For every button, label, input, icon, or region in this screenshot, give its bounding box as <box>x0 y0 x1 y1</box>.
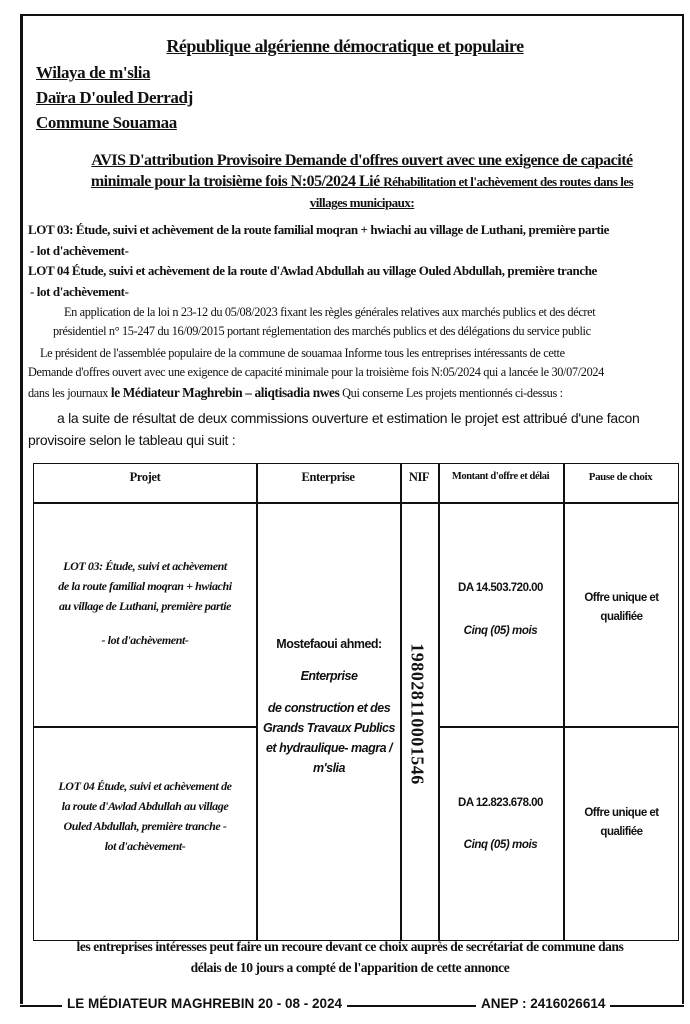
daira-label: Daïra D'ouled Derradj <box>36 88 193 108</box>
application-line-1: En application de la loi n 23-12 du 05/0… <box>64 305 595 320</box>
wilaya-label: Wilaya de m'slia <box>36 63 150 83</box>
lot3-subtitle: - lot d'achèvement- <box>30 243 129 259</box>
president-line-1: Le président de l'assemblée populaire de… <box>40 346 565 361</box>
row1-choix: Offre unique et qualifiée <box>563 589 680 627</box>
footer-bar: LE MÉDIATEUR MAGHREBIN 20 - 08 - 2024 AN… <box>0 995 690 1015</box>
president-line-2: Demande d'offres ouvert avec une exigenc… <box>28 365 604 380</box>
avis-line-1: AVIS D'attribution Provisoire Demande d'… <box>52 150 672 171</box>
header-choix: Pause de choix <box>563 471 678 483</box>
avis-line-3: villages municipaux: <box>52 192 672 213</box>
header-enterprise: Enterprise <box>256 470 400 485</box>
row1-delai: Cinq (05) mois <box>438 625 563 637</box>
footer-anep: ANEP : 2416026614 <box>476 996 610 1011</box>
application-line-2: présidentiel n° 15-247 du 16/09/2015 por… <box>53 324 591 339</box>
row1-projet: LOT 03: Étude, suivi et achèvement de la… <box>38 556 252 650</box>
nif-cell: 198028110001546 <box>399 629 435 799</box>
lot4-subtitle: - lot d'achèvement- <box>30 284 129 300</box>
attribution-table: Projet Enterprise NIF Montant d'offre et… <box>33 463 679 941</box>
row2-delai: Cinq (05) mois <box>438 839 563 851</box>
nif-value: 198028110001546 <box>407 643 428 785</box>
publication-line: dans les journaux le Médiateur Maghrebin… <box>28 385 563 401</box>
enterprise-name: Mostefaoui ahmed: <box>258 634 400 654</box>
row1-montant: DA 14.503.720.00 <box>438 582 563 594</box>
publication-names: le Médiateur Maghrebin – aliqtisadia nwe… <box>111 385 340 400</box>
result-line-1: a la suite de résultat de deux commissio… <box>57 410 640 426</box>
avis-heading: AVIS D'attribution Provisoire Demande d'… <box>52 150 672 213</box>
header-divider <box>34 502 678 504</box>
row2-montant: DA 12.823.678.00 <box>438 797 563 809</box>
lot3-title: LOT 03: Étude, suivi et achèvement de la… <box>28 222 609 238</box>
avis-line-2: minimale pour la troisième fois N:05/202… <box>52 171 672 192</box>
row2-choix: Offre unique et qualifiée <box>563 804 680 842</box>
header-montant: Montant d'offre et délai <box>438 471 563 482</box>
appeal-notice: les entreprises intéresses peut faire un… <box>30 936 670 978</box>
commune-label: Commune Souamaa <box>36 113 177 133</box>
row-divider <box>438 726 678 728</box>
lot4-title: LOT 04 Étude, suivi et achèvement de la … <box>28 263 597 279</box>
page-title: République algérienne démocratique et po… <box>0 36 690 57</box>
result-line-2: provisoire selon le tableau qui suit : <box>28 432 235 448</box>
enterprise-cell: Mostefaoui ahmed: Enterprise de construc… <box>258 634 400 778</box>
col-divider <box>438 464 440 940</box>
row-divider <box>34 726 256 728</box>
footer-publication: LE MÉDIATEUR MAGHREBIN 20 - 08 - 2024 <box>62 996 347 1011</box>
header-nif: NIF <box>400 470 438 485</box>
header-projet: Projet <box>34 470 256 485</box>
col-divider <box>563 464 565 940</box>
row2-projet: LOT 04 Étude, suivi et achèvement de la … <box>38 776 252 856</box>
